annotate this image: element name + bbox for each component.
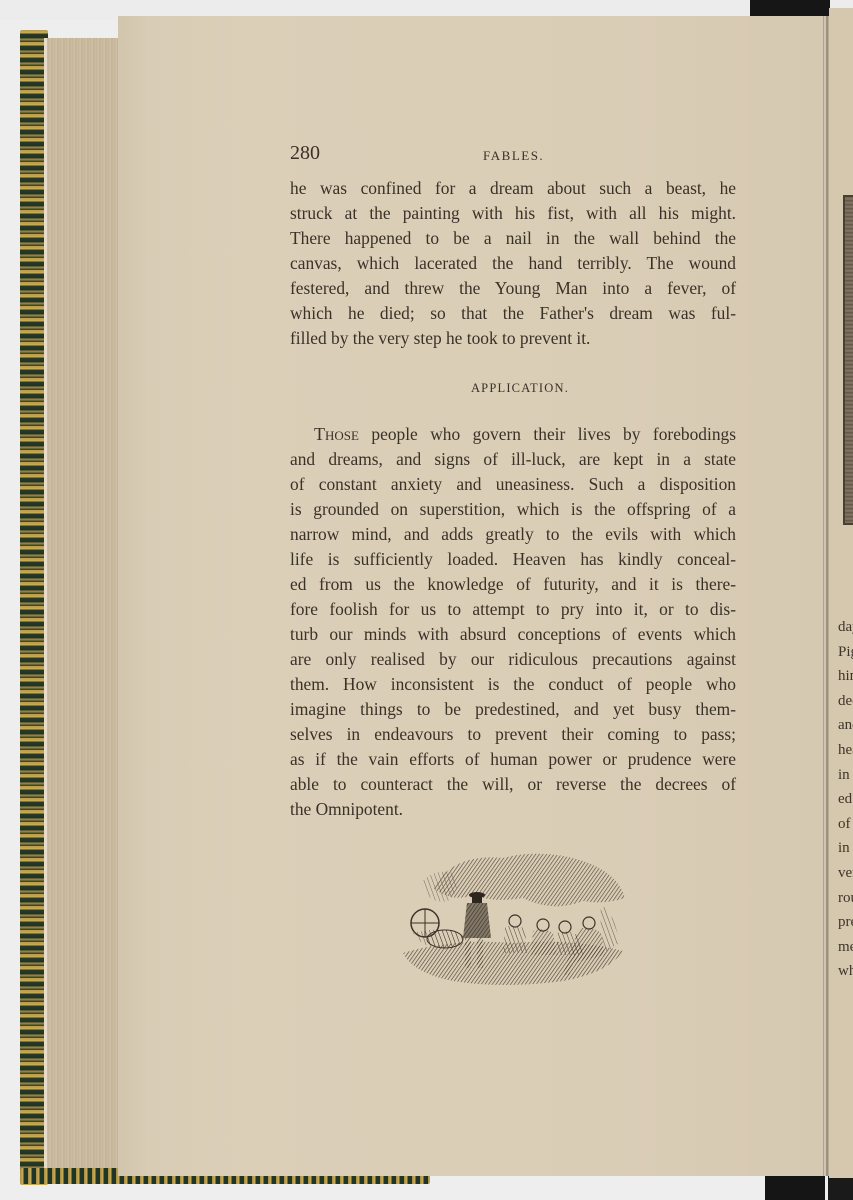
facing-page-plate-frame [843, 195, 853, 525]
facing-fragment: dec [838, 689, 853, 714]
page-block-edges [44, 38, 122, 1168]
facing-fragment: rou [838, 886, 853, 911]
drop-word: Those [314, 424, 359, 444]
text-line: life is sufficiently loaded. Heaven has … [290, 547, 736, 572]
section-heading: APPLICATION. [290, 381, 736, 396]
page-number: 280 [290, 142, 320, 165]
text-line: turb our minds with absurd conceptions o… [290, 622, 736, 647]
text-line: selves in endeavours to prevent their co… [290, 722, 736, 747]
facing-fragment: wh [838, 959, 853, 984]
text-line: narrow mind, and adds greatly to the evi… [290, 522, 736, 547]
text-line: which he died; so that the Father's drea… [290, 301, 736, 326]
running-title: FABLES. [483, 148, 544, 164]
text-line: filled by the very step he took to preve… [290, 326, 736, 351]
facing-fragment: day [838, 615, 853, 640]
text-line: and dreams, and signs of ill-luck, are k… [290, 447, 736, 472]
running-head: 280 FABLES. [290, 142, 736, 176]
application-paragraph: Those people who govern their lives by f… [290, 422, 736, 822]
text-line-first: Those people who govern their lives by f… [290, 422, 736, 447]
text-line: is grounded on superstition, which is th… [290, 497, 736, 522]
scan-dark-strip [828, 1175, 853, 1200]
facing-page [829, 8, 853, 1178]
facing-fragment: ver [838, 861, 853, 886]
text-line: There happened to be a nail in the wall … [290, 226, 736, 251]
text-line: them. How inconsistent is the conduct of… [290, 672, 736, 697]
text-line: he was confined for a dream about such a… [290, 176, 736, 201]
facing-fragment: him [838, 664, 853, 689]
facing-fragment: Pig [838, 640, 853, 665]
facing-fragment: ed [838, 787, 853, 812]
text-line: as if the vain efforts of human power or… [290, 747, 736, 772]
text-line: imagine things to be predestined, and ye… [290, 697, 736, 722]
text-line: canvas, which lacerated the hand terribl… [290, 251, 736, 276]
text-line: festered, and threw the Young Man into a… [290, 276, 736, 301]
facing-fragment: pre [838, 910, 853, 935]
text-line: are only realised by our ridiculous prec… [290, 647, 736, 672]
facing-fragment: in [838, 763, 853, 788]
woodcut-vignette-icon [393, 843, 631, 989]
page-text-block: 280 FABLES. he was confined for a dream … [290, 142, 736, 822]
text-line: ed from us the knowledge of futurity, an… [290, 572, 736, 597]
text-line: the Omnipotent. [290, 797, 736, 822]
facing-fragment: and [838, 713, 853, 738]
facing-fragment: hea [838, 738, 853, 763]
facing-page-text: day Pig him dec and hea in ed of in ver … [838, 615, 853, 984]
first-line-rest: people who govern their lives by forebod… [359, 424, 736, 444]
text-line: struck at the painting with his fist, wi… [290, 201, 736, 226]
scan-dark-corner-bottom [765, 1175, 825, 1200]
facing-fragment: of [838, 812, 853, 837]
text-line: fore foolish for us to attempt to pry in… [290, 597, 736, 622]
text-line: of constant anxiety and uneasiness. Such… [290, 472, 736, 497]
facing-fragment: me [838, 935, 853, 960]
text-line: able to counteract the will, or reverse … [290, 772, 736, 797]
facing-fragment: in [838, 836, 853, 861]
fable-ending-paragraph: he was confined for a dream about such a… [290, 176, 736, 351]
